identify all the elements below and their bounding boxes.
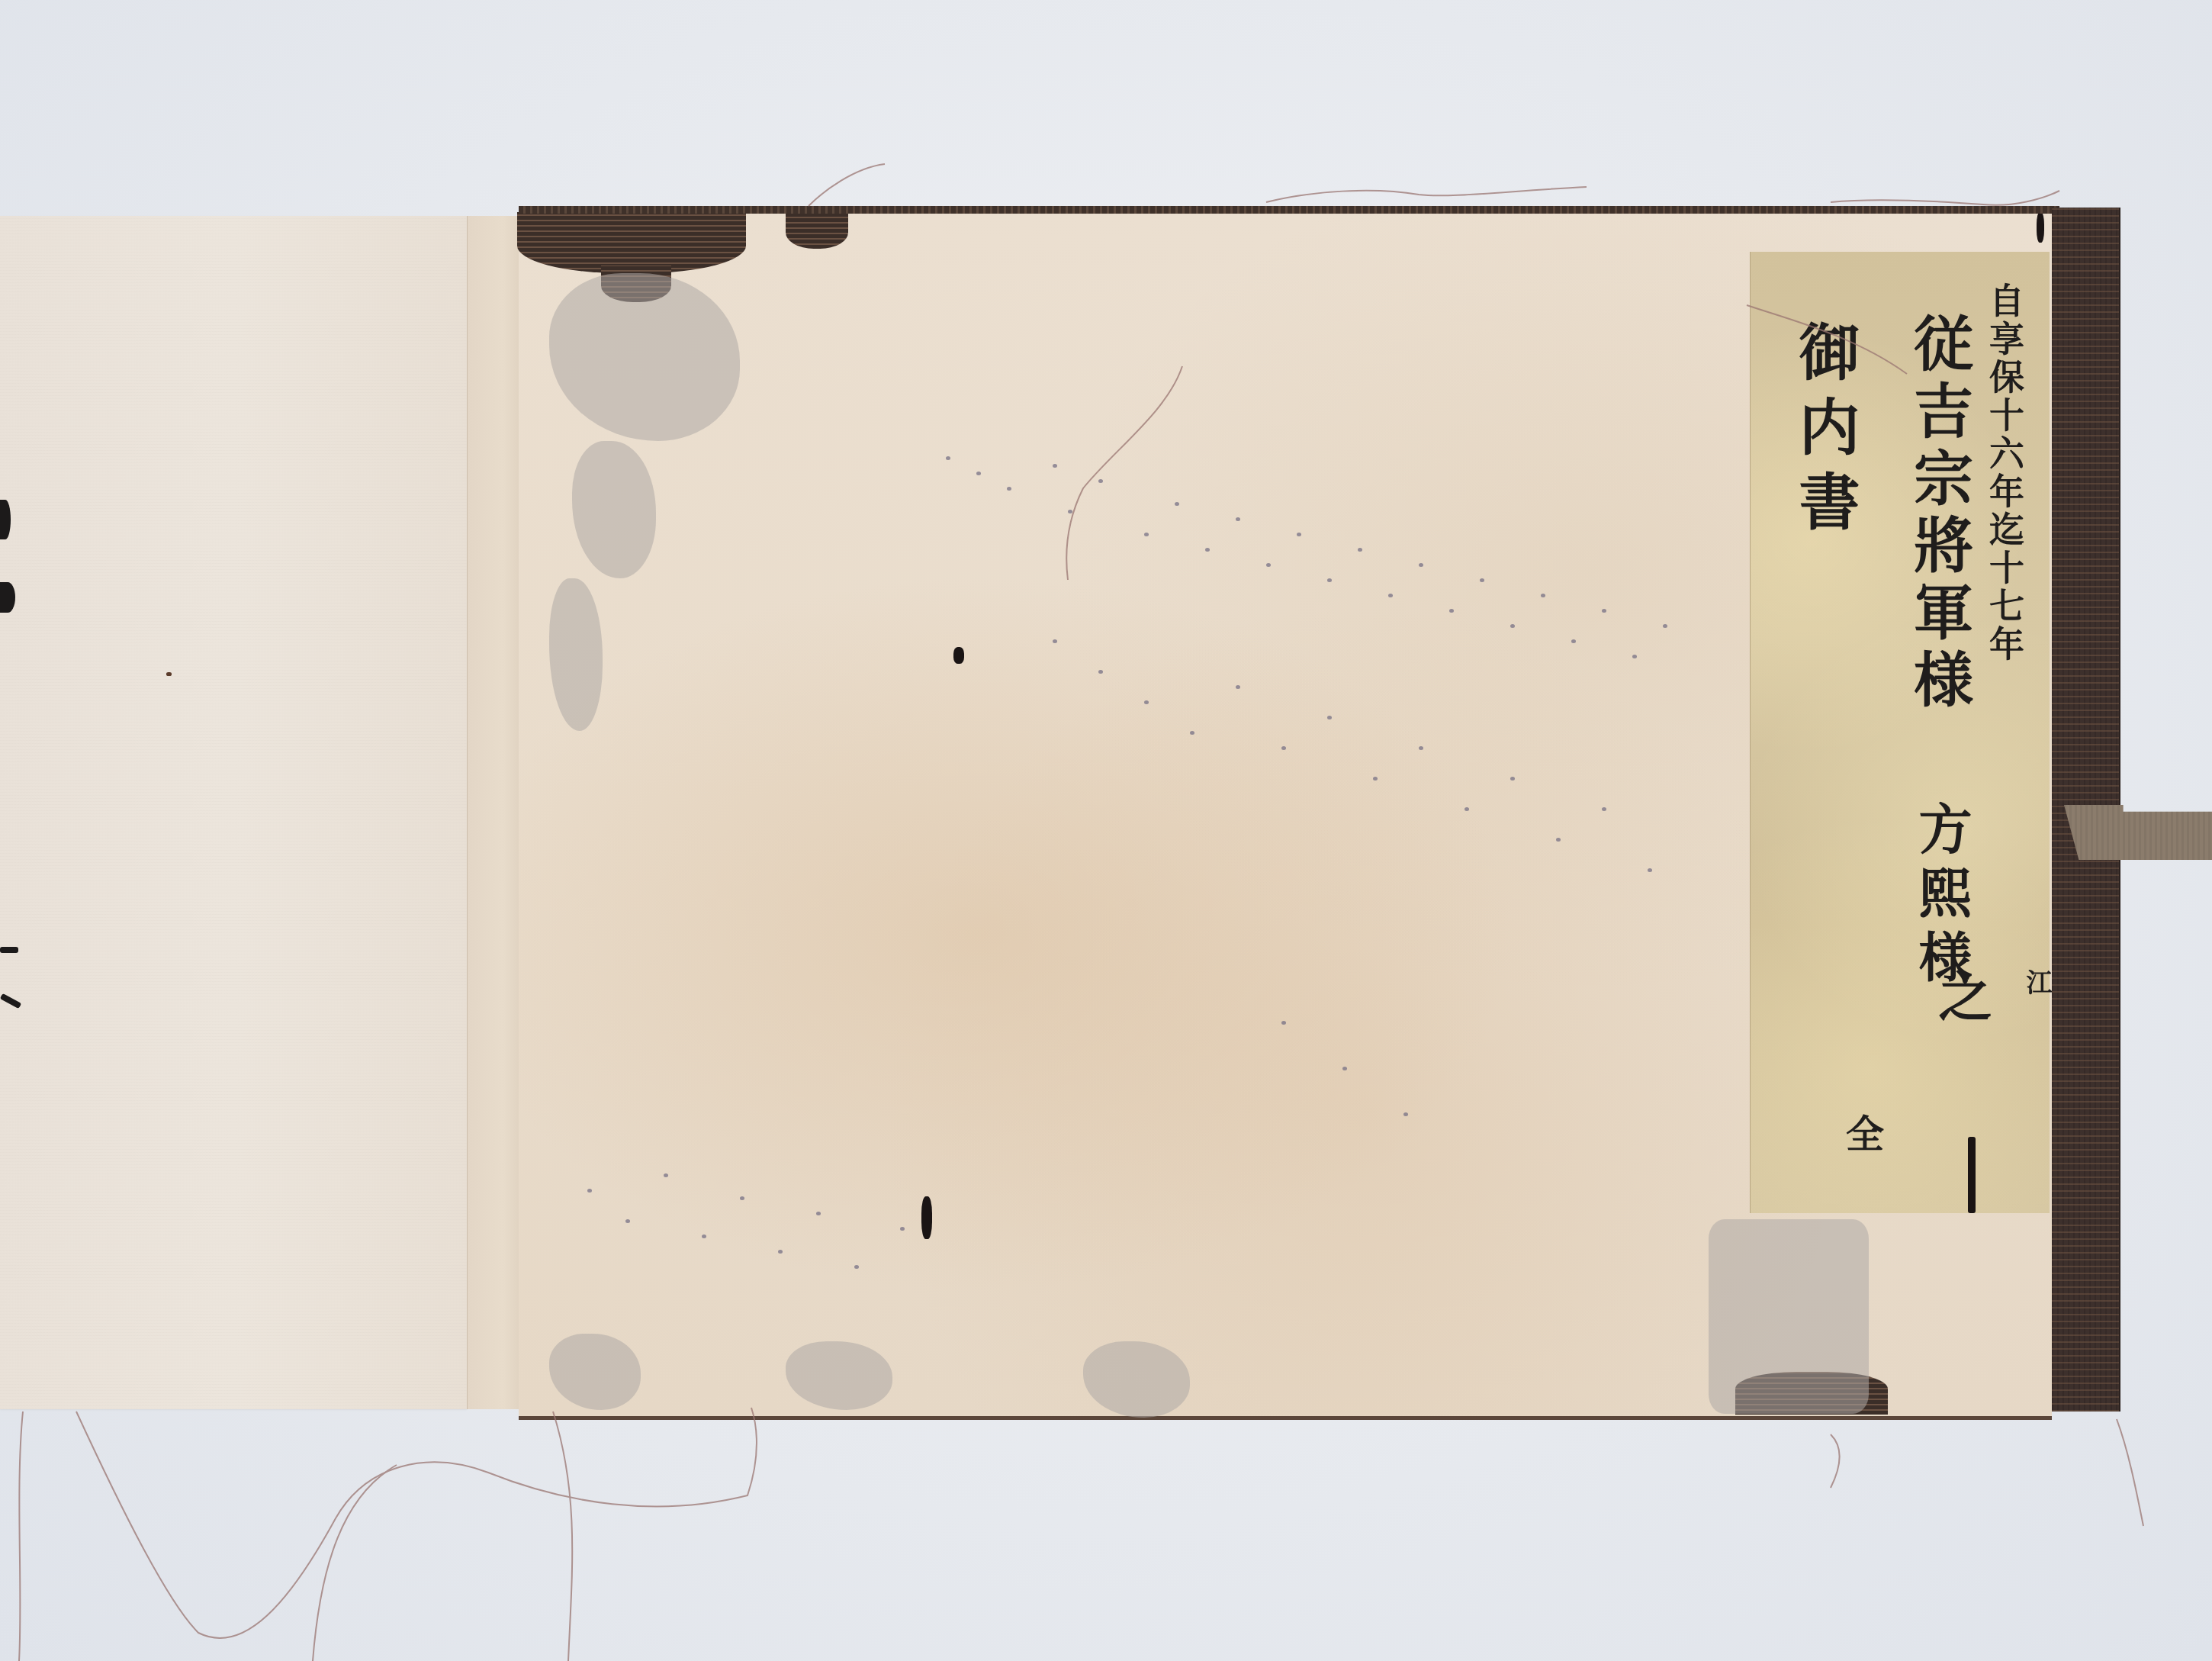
loose-threads (0, 0, 2212, 1661)
